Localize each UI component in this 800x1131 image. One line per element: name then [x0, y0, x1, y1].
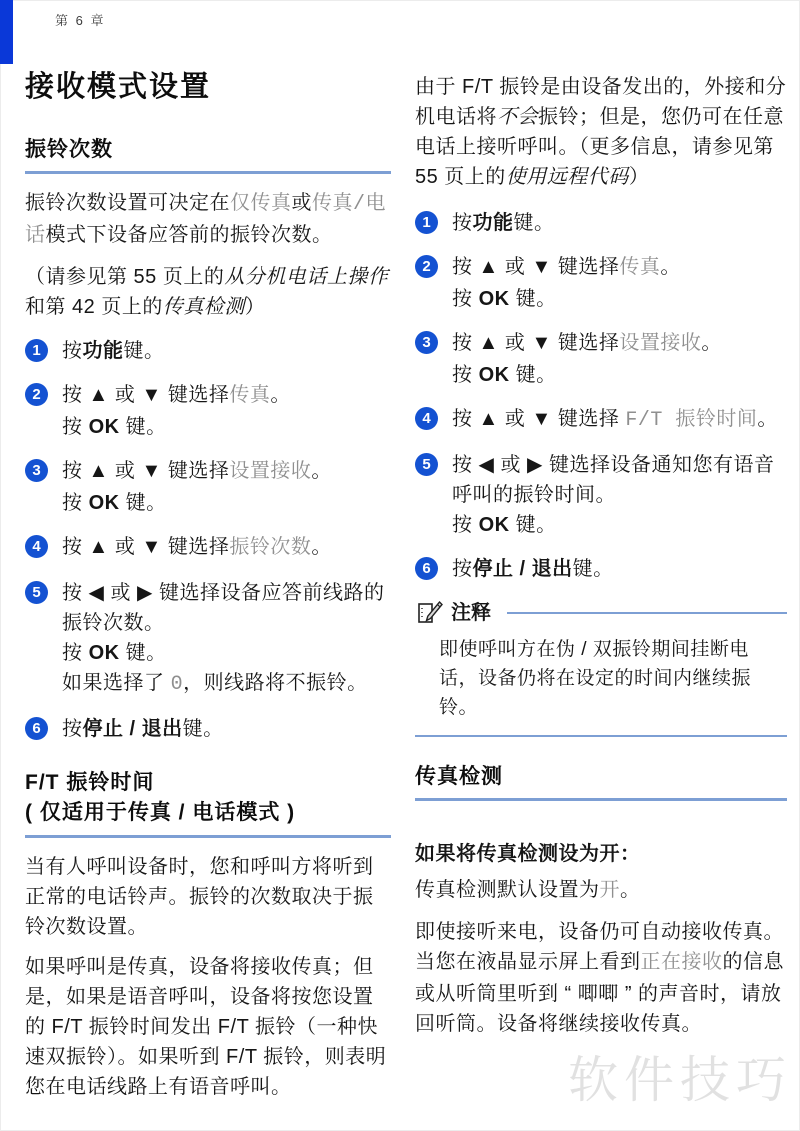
step-line: 按功能键。	[452, 208, 555, 238]
step-number-badge: 4	[415, 407, 438, 430]
step-number-badge: 3	[415, 331, 438, 354]
text-segment: 键。	[573, 558, 614, 580]
step-item: 5按 ◀ 或 ▶ 键选择设备应答前线路的振铃次数。按 OK 键。如果选择了 0，…	[25, 578, 391, 700]
paragraph-cross-reference: （请参见第 55 页上的从分机电话上操作和第 42 页上的传真检测）	[25, 262, 391, 322]
text-segment: 或	[292, 192, 313, 214]
step-line: 按 ▲ 或 ▼ 键选择 F/T 振铃时间。	[452, 404, 778, 436]
key-name: 停止 / 退出	[473, 558, 573, 580]
text-segment: 按 ▲ 或 ▼ 键选择	[452, 256, 619, 278]
text-segment: 传真检测默认设置为	[415, 879, 600, 901]
text-segment: 。	[660, 256, 681, 278]
text-segment: 键。	[124, 340, 165, 362]
text-segment: 按 ▲ 或 ▼ 键选择	[62, 460, 229, 482]
lcd-display-text: F/T 振铃时间	[625, 409, 757, 432]
step-text: 按 ▲ 或 ▼ 键选择设置接收。按 OK 键。	[452, 328, 722, 390]
key-name: OK	[89, 642, 120, 664]
lcd-display-text: 设置接收	[619, 333, 701, 356]
reference-text: 使用远程代码	[506, 166, 629, 188]
text-segment: ）	[245, 296, 266, 318]
lcd-display-text: 设置接收	[229, 461, 311, 484]
paragraph-ring-intro: 振铃次数设置可决定在仅传真或传真/电话模式下设备应答前的振铃次数。	[25, 188, 391, 252]
lcd-display-text: 开	[600, 880, 621, 903]
step-line: 按 ◀ 或 ▶ 键选择设备应答前线路的振铃次数。	[62, 578, 391, 638]
step-line: 按 ▲ 或 ▼ 键选择传真。	[452, 252, 681, 284]
watermark: 软件技巧	[568, 1040, 792, 1112]
note-box: 注释 即使呼叫方在伪 / 双振铃期间挂断电话，设备仍将在设定的时间内继续振铃。	[415, 598, 787, 737]
note-top-rule	[507, 612, 787, 614]
step-line: 如果选择了 0，则线路将不振铃。	[62, 668, 391, 700]
lcd-display-text: 0	[171, 673, 184, 696]
step-item: 6按停止 / 退出键。	[25, 714, 391, 744]
note-header: 注释	[415, 598, 787, 628]
step-line: 按功能键。	[62, 336, 165, 366]
lcd-display-text: 仅传真	[230, 193, 292, 216]
section-title-ring-count: 振铃次数	[25, 136, 391, 174]
note-title: 注释	[451, 598, 491, 628]
reference-text: 从分机电话上操作	[224, 266, 388, 288]
step-line: 按停止 / 退出键。	[62, 714, 224, 744]
step-item: 1按功能键。	[25, 336, 391, 366]
text-segment: 如果选择了	[62, 672, 171, 694]
step-number-badge: 3	[25, 459, 48, 482]
text-segment: 。	[311, 460, 332, 482]
step-text: 按停止 / 退出键。	[452, 554, 614, 584]
text-segment: 按	[452, 558, 473, 580]
section-title-fax-detect: 传真检测	[415, 763, 787, 801]
text-segment: 按 ◀ 或 ▶ 键选择设备应答前线路的振铃次数。	[62, 582, 385, 634]
text-segment: 按 ▲ 或 ▼ 键选择	[452, 332, 619, 354]
step-line: 按 OK 键。	[62, 412, 291, 442]
text-segment: 按 ◀ 或 ▶ 键选择设备通知您有语音呼叫的振铃时间。	[452, 454, 775, 506]
step-number-badge: 2	[25, 383, 48, 406]
step-line: 按 OK 键。	[452, 360, 722, 390]
paragraph-ft-behavior-1: 当有人呼叫设备时，您和呼叫方将听到正常的电话铃声。振铃的次数取决于振铃次数设置。	[25, 852, 391, 942]
text-segment: 按	[62, 718, 83, 740]
key-name: OK	[479, 364, 510, 386]
lcd-display-text: 传真	[619, 257, 660, 280]
text-segment: 和第 42 页上的	[25, 296, 163, 318]
step-item: 2按 ▲ 或 ▼ 键选择传真。按 OK 键。	[25, 380, 391, 442]
step-text: 按功能键。	[452, 208, 555, 238]
text-segment: 按	[62, 340, 83, 362]
reference-text: 不会	[497, 106, 538, 128]
text-segment: 。	[620, 879, 641, 901]
page-title: 接收模式设置	[25, 70, 391, 104]
step-text: 按 ▲ 或 ▼ 键选择传真。按 OK 键。	[452, 252, 681, 314]
step-number-badge: 5	[415, 453, 438, 476]
key-name: OK	[479, 514, 510, 536]
text-segment: 键。	[183, 718, 224, 740]
step-number-badge: 5	[25, 581, 48, 604]
text-segment: 按	[62, 492, 89, 514]
lcd-display-text: 传真	[229, 385, 270, 408]
key-name: OK	[479, 288, 510, 310]
text-segment: 按 ▲ 或 ▼ 键选择	[452, 408, 625, 430]
step-line: 按 OK 键。	[62, 638, 391, 668]
step-item: 6按停止 / 退出键。	[415, 554, 787, 584]
text-segment: 。	[757, 408, 778, 430]
left-column: 接收模式设置 振铃次数 振铃次数设置可决定在仅传真或传真/电话模式下设备应答前的…	[25, 68, 391, 1112]
lcd-display-text: 正在接收	[641, 952, 723, 975]
text-segment: 按 ▲ 或 ▼ 键选择	[62, 384, 229, 406]
text-segment: ）	[629, 166, 650, 188]
section-title-line-2: ( 仅适用于传真 / 电话模式 )	[25, 798, 391, 828]
step-line: 按 ◀ 或 ▶ 键选择设备通知您有语音呼叫的振铃时间。	[452, 450, 787, 510]
text-segment: 按	[452, 514, 479, 536]
text-segment: 模式下设备应答前的振铃次数。	[46, 224, 333, 246]
step-text: 按 ▲ 或 ▼ 键选择设置接收。按 OK 键。	[62, 456, 332, 518]
step-line: 按 ▲ 或 ▼ 键选择振铃次数。	[62, 532, 332, 564]
step-number-badge: 4	[25, 535, 48, 558]
step-text: 按 ◀ 或 ▶ 键选择设备通知您有语音呼叫的振铃时间。按 OK 键。	[452, 450, 787, 540]
step-number-badge: 2	[415, 255, 438, 278]
step-line: 按 OK 键。	[62, 488, 332, 518]
step-line: 按 ▲ 或 ▼ 键选择传真。	[62, 380, 291, 412]
text-segment: 按 ▲ 或 ▼ 键选择	[62, 536, 229, 558]
text-segment: 。	[270, 384, 291, 406]
key-name: OK	[89, 492, 120, 514]
step-item: 3按 ▲ 或 ▼ 键选择设置接收。按 OK 键。	[25, 456, 391, 518]
paragraph-ft-behavior-2: 如果呼叫是传真，设备将接收传真；但是，如果是语音呼叫，设备将按您设置的 F/T …	[25, 952, 391, 1102]
step-item: 4按 ▲ 或 ▼ 键选择 F/T 振铃时间。	[415, 404, 787, 436]
step-line: 按 ▲ 或 ▼ 键选择设置接收。	[452, 328, 722, 360]
key-name: 功能	[83, 340, 124, 362]
subheading-fax-detect-on: 如果将传真检测设为开：	[415, 839, 787, 869]
right-column: 由于 F/T 振铃是由设备发出的，外接和分机电话将不会振铃；但是，您仍可在任意电…	[415, 68, 787, 1049]
chapter-tab	[0, 0, 13, 64]
text-segment: 按	[452, 364, 479, 386]
step-text: 按停止 / 退出键。	[62, 714, 224, 744]
text-segment: 按	[62, 642, 89, 664]
key-name: OK	[89, 416, 120, 438]
steps-ft-ring-time: 1按功能键。2按 ▲ 或 ▼ 键选择传真。按 OK 键。3按 ▲ 或 ▼ 键选择…	[415, 208, 787, 584]
text-segment: 。	[311, 536, 332, 558]
step-number-badge: 6	[415, 557, 438, 580]
step-text: 按 ◀ 或 ▶ 键选择设备应答前线路的振铃次数。按 OK 键。如果选择了 0，则…	[62, 578, 391, 700]
text-segment: 键。	[120, 416, 167, 438]
step-line: 按 OK 键。	[452, 510, 787, 540]
reference-text: 传真检测	[163, 296, 245, 318]
text-segment: 。	[701, 332, 722, 354]
text-segment: 键。	[510, 364, 557, 386]
text-segment: ，则线路将不振铃。	[183, 672, 368, 694]
text-segment: 按	[452, 288, 479, 310]
key-name: 停止 / 退出	[83, 718, 183, 740]
text-segment: 键。	[120, 492, 167, 514]
step-item: 5按 ◀ 或 ▶ 键选择设备通知您有语音呼叫的振铃时间。按 OK 键。	[415, 450, 787, 540]
step-item: 2按 ▲ 或 ▼ 键选择传真。按 OK 键。	[415, 252, 787, 314]
text-segment: 键。	[514, 212, 555, 234]
step-item: 1按功能键。	[415, 208, 787, 238]
step-item: 3按 ▲ 或 ▼ 键选择设置接收。按 OK 键。	[415, 328, 787, 390]
text-segment: 键。	[510, 514, 557, 536]
text-segment: （请参见第 55 页上的	[25, 266, 224, 288]
section-title-line-1: F/T 振铃时间	[25, 768, 391, 798]
step-number-badge: 1	[415, 211, 438, 234]
note-body: 即使呼叫方在伪 / 双振铃期间挂断电话，设备仍将在设定的时间内继续振铃。	[415, 635, 787, 722]
note-pencil-icon	[415, 599, 443, 627]
text-segment: 按	[452, 212, 473, 234]
step-line: 按停止 / 退出键。	[452, 554, 614, 584]
text-segment: 按	[62, 416, 89, 438]
step-number-badge: 1	[25, 339, 48, 362]
step-number-badge: 6	[25, 717, 48, 740]
step-text: 按 ▲ 或 ▼ 键选择传真。按 OK 键。	[62, 380, 291, 442]
text-segment: 键。	[510, 288, 557, 310]
step-text: 按 ▲ 或 ▼ 键选择 F/T 振铃时间。	[452, 404, 778, 436]
text-segment: 振铃次数设置可决定在	[25, 192, 230, 214]
step-text: 按功能键。	[62, 336, 165, 366]
step-text: 按 ▲ 或 ▼ 键选择振铃次数。	[62, 532, 332, 564]
key-name: 功能	[473, 212, 514, 234]
step-line: 按 ▲ 或 ▼ 键选择设置接收。	[62, 456, 332, 488]
chapter-label: 第 6 章	[55, 10, 105, 29]
note-bottom-rule	[415, 735, 787, 737]
step-item: 4按 ▲ 或 ▼ 键选择振铃次数。	[25, 532, 391, 564]
lcd-display-text: 振铃次数	[229, 537, 311, 560]
step-line: 按 OK 键。	[452, 284, 681, 314]
paragraph-ft-intro: 由于 F/T 振铃是由设备发出的，外接和分机电话将不会振铃；但是，您仍可在任意电…	[415, 72, 787, 192]
text-segment: 键。	[120, 642, 167, 664]
steps-ring-count: 1按功能键。2按 ▲ 或 ▼ 键选择传真。按 OK 键。3按 ▲ 或 ▼ 键选择…	[25, 336, 391, 744]
section-title-ft-ring-time: F/T 振铃时间 ( 仅适用于传真 / 电话模式 )	[25, 768, 391, 838]
paragraph-detect-behavior: 即使接听来电，设备仍可自动接收传真。当您在液晶显示屏上看到正在接收的信息或从听筒…	[415, 917, 787, 1039]
paragraph-detect-default: 传真检测默认设置为开。	[415, 875, 787, 907]
